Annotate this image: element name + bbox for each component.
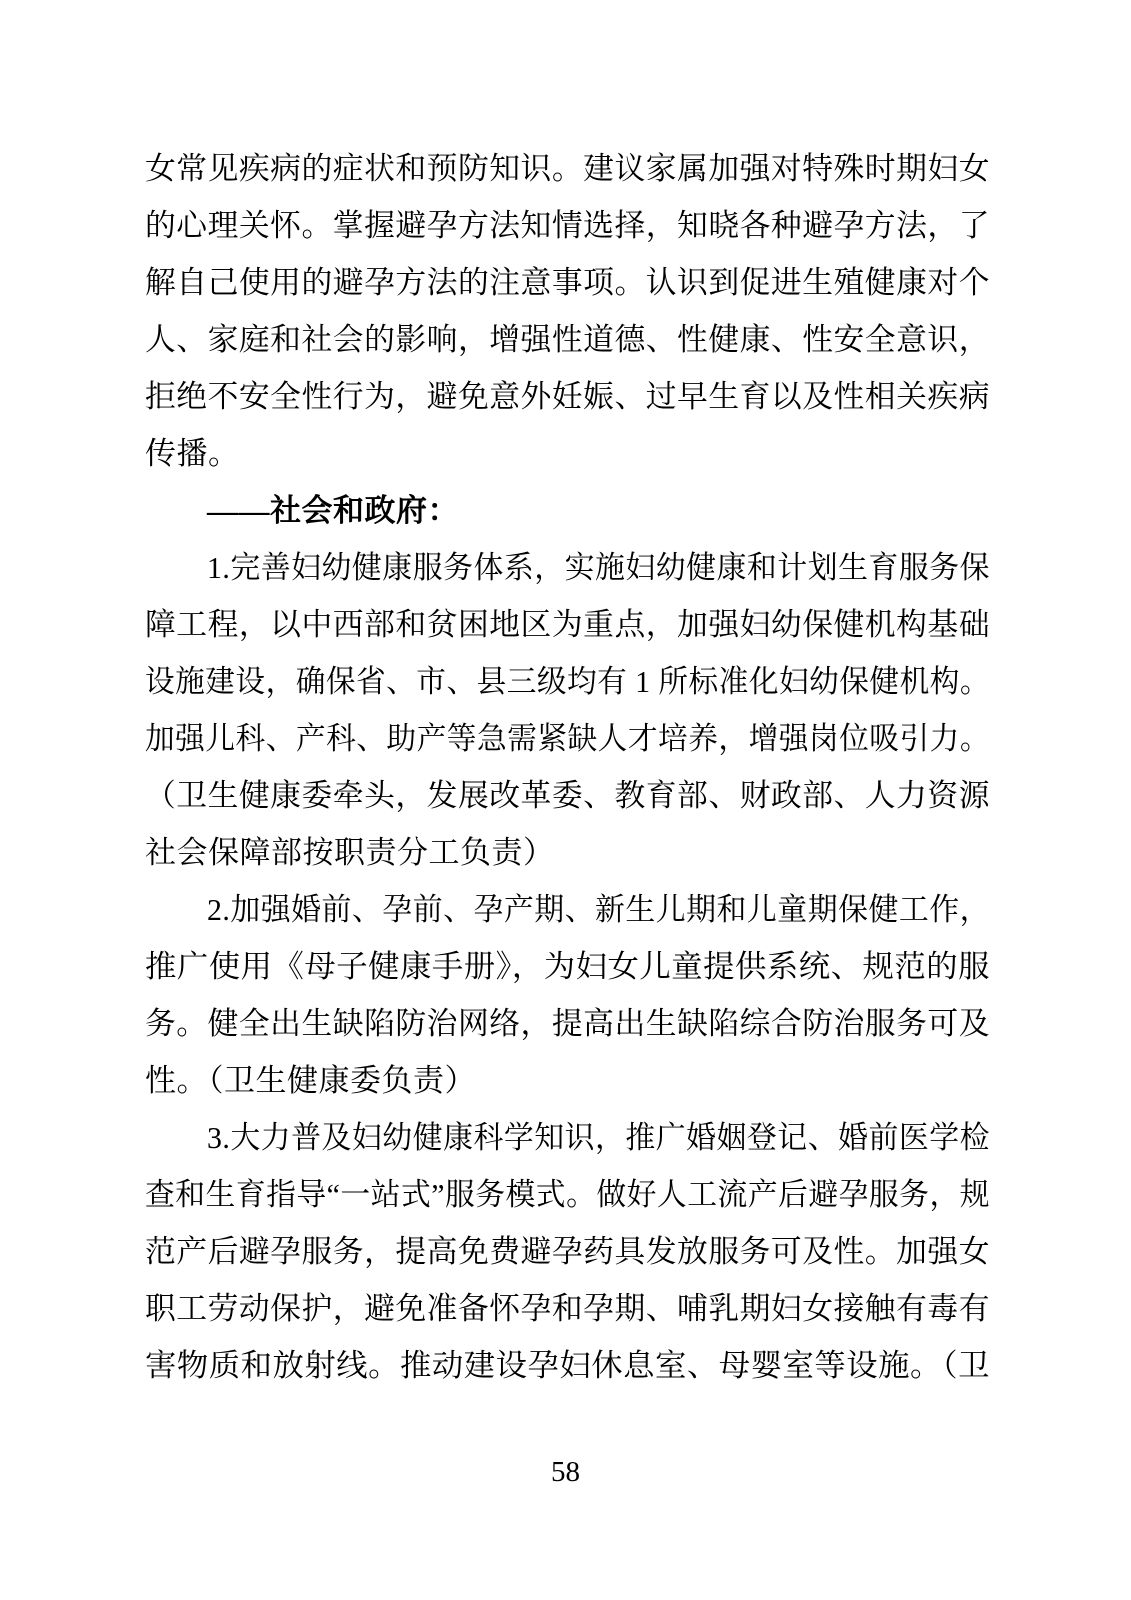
text-line-content: 2.加强婚前、孕前、孕产期、新生儿期和儿童期保健工作， — [207, 881, 990, 938]
section-heading-text: ——社会和政府： — [207, 482, 459, 539]
text-line: 设施建设，确保省、市、县三级均有 1 所标准化妇幼保健机构。 — [145, 653, 990, 710]
text-line-content: 设施建设，确保省、市、县三级均有 1 所标准化妇幼保健机构。 — [145, 653, 990, 710]
text-line-content: 务。健全出生缺陷防治网络，提高出生缺陷综合防治服务可及 — [145, 995, 990, 1052]
text-line: 3.大力普及妇幼健康科学知识，推广婚姻登记、婚前医学检 — [145, 1109, 990, 1166]
document-page: 女常见疾病的症状和预防知识。建议家属加强对特殊时期妇女的心理关怀。掌握避孕方法知… — [0, 0, 1131, 1600]
text-line-content: 职工劳动保护，避免准备怀孕和孕期、哺乳期妇女接触有毒有 — [145, 1280, 990, 1337]
text-line: 推广使用《母子健康手册》，为妇女儿童提供系统、规范的服 — [145, 938, 990, 995]
text-line: 加强儿科、产科、助产等急需紧缺人才培养，增强岗位吸引力。 — [145, 710, 990, 767]
text-line-content: 障工程，以中西部和贫困地区为重点，加强妇幼保健机构基础 — [145, 596, 990, 653]
text-line: 女常见疾病的症状和预防知识。建议家属加强对特殊时期妇女 — [145, 140, 990, 197]
text-line: 的心理关怀。掌握避孕方法知情选择，知晓各种避孕方法，了 — [145, 197, 990, 254]
text-line: 性。（卫生健康委负责） — [145, 1052, 990, 1109]
text-line-content: 查和生育指导“一站式”服务模式。做好人工流产后避孕服务，规 — [145, 1166, 990, 1223]
text-line-content: 3.大力普及妇幼健康科学知识，推广婚姻登记、婚前医学检 — [207, 1109, 990, 1166]
page-number: 58 — [0, 1456, 1131, 1488]
text-line: 职工劳动保护，避免准备怀孕和孕期、哺乳期妇女接触有毒有 — [145, 1280, 990, 1337]
text-line-content: 1.完善妇幼健康服务体系，实施妇幼健康和计划生育服务保 — [207, 539, 990, 596]
text-line-content: 性。（卫生健康委负责） — [145, 1052, 476, 1109]
text-line: 务。健全出生缺陷防治网络，提高出生缺陷综合防治服务可及 — [145, 995, 990, 1052]
text-line: 1.完善妇幼健康服务体系，实施妇幼健康和计划生育服务保 — [145, 539, 990, 596]
text-line-content: 社会保障部按职责分工负责） — [145, 824, 555, 881]
text-line: 传播。 — [145, 425, 990, 482]
text-line: 范产后避孕服务，提高免费避孕药具发放服务可及性。加强女 — [145, 1223, 990, 1280]
text-line: 查和生育指导“一站式”服务模式。做好人工流产后避孕服务，规 — [145, 1166, 990, 1223]
text-line: （卫生健康委牵头，发展改革委、教育部、财政部、人力资源 — [145, 767, 990, 824]
text-line-content: 人、家庭和社会的影响，增强性道德、性健康、性安全意识， — [145, 311, 990, 368]
text-line-content: 范产后避孕服务，提高免费避孕药具发放服务可及性。加强女 — [145, 1223, 990, 1280]
text-line-content: 加强儿科、产科、助产等急需紧缺人才培养，增强岗位吸引力。 — [145, 710, 990, 767]
text-line-content: 推广使用《母子健康手册》，为妇女儿童提供系统、规范的服 — [145, 938, 990, 995]
text-line-content: 拒绝不安全性行为，避免意外妊娠、过早生育以及性相关疾病 — [145, 368, 990, 425]
section-heading: ——社会和政府： — [145, 482, 990, 539]
text-line: 害物质和放射线。推动建设孕妇休息室、母婴室等设施。（卫 — [145, 1337, 990, 1394]
document-body: 女常见疾病的症状和预防知识。建议家属加强对特殊时期妇女的心理关怀。掌握避孕方法知… — [145, 140, 990, 1394]
text-line-content: 传播。 — [145, 425, 240, 482]
text-line-content: 解自己使用的避孕方法的注意事项。认识到促进生殖健康对个 — [145, 254, 990, 311]
text-line: 社会保障部按职责分工负责） — [145, 824, 990, 881]
text-line: 人、家庭和社会的影响，增强性道德、性健康、性安全意识， — [145, 311, 990, 368]
text-line: 拒绝不安全性行为，避免意外妊娠、过早生育以及性相关疾病 — [145, 368, 990, 425]
text-line-content: （卫生健康委牵头，发展改革委、教育部、财政部、人力资源 — [145, 767, 990, 824]
text-line: 障工程，以中西部和贫困地区为重点，加强妇幼保健机构基础 — [145, 596, 990, 653]
text-line-content: 害物质和放射线。推动建设孕妇休息室、母婴室等设施。（卫 — [145, 1337, 990, 1394]
text-line-content: 女常见疾病的症状和预防知识。建议家属加强对特殊时期妇女 — [145, 140, 990, 197]
text-line: 解自己使用的避孕方法的注意事项。认识到促进生殖健康对个 — [145, 254, 990, 311]
text-line-content: 的心理关怀。掌握避孕方法知情选择，知晓各种避孕方法，了 — [145, 197, 990, 254]
text-line: 2.加强婚前、孕前、孕产期、新生儿期和儿童期保健工作， — [145, 881, 990, 938]
